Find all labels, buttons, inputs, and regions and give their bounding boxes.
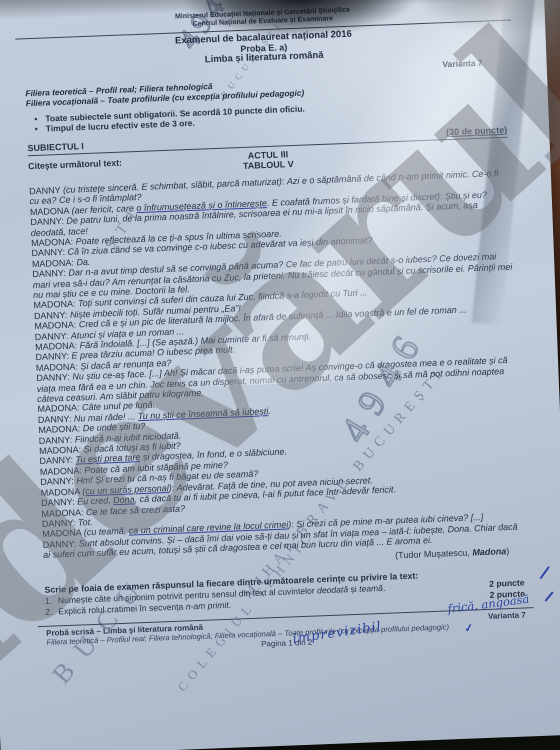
printed-content: Ministerul Educației Naționale și Cercet… — [0, 0, 560, 750]
exam-paper: 4946 BUCUREȘTI ȘTI 4946 MIHAI BRAVU BUCU… — [0, 0, 560, 750]
task-number: 2. — [45, 606, 58, 618]
bullet-marker: • — [35, 124, 46, 135]
task-points: 2 puncte — [489, 588, 525, 601]
footer-variant: Varianta 7 — [488, 610, 526, 620]
section-title: SUBIECTUL I — [27, 141, 84, 153]
section-points: (30 de puncte) — [446, 125, 507, 137]
bullet-marker: • — [34, 113, 45, 124]
attribution-author: (Tudor Mușatescu, — [395, 547, 473, 560]
dialogue-block: DANNY (cu tristețe sinceră. E schimbat, … — [29, 168, 523, 561]
attribution-work-title: Madona — [472, 546, 506, 557]
photo-of-exam-sheet: 4946 BUCUREȘTI ȘTI 4946 MIHAI BRAVU BUCU… — [0, 0, 560, 750]
task-number: 1. — [45, 595, 58, 607]
attribution-close: ) — [506, 546, 509, 556]
